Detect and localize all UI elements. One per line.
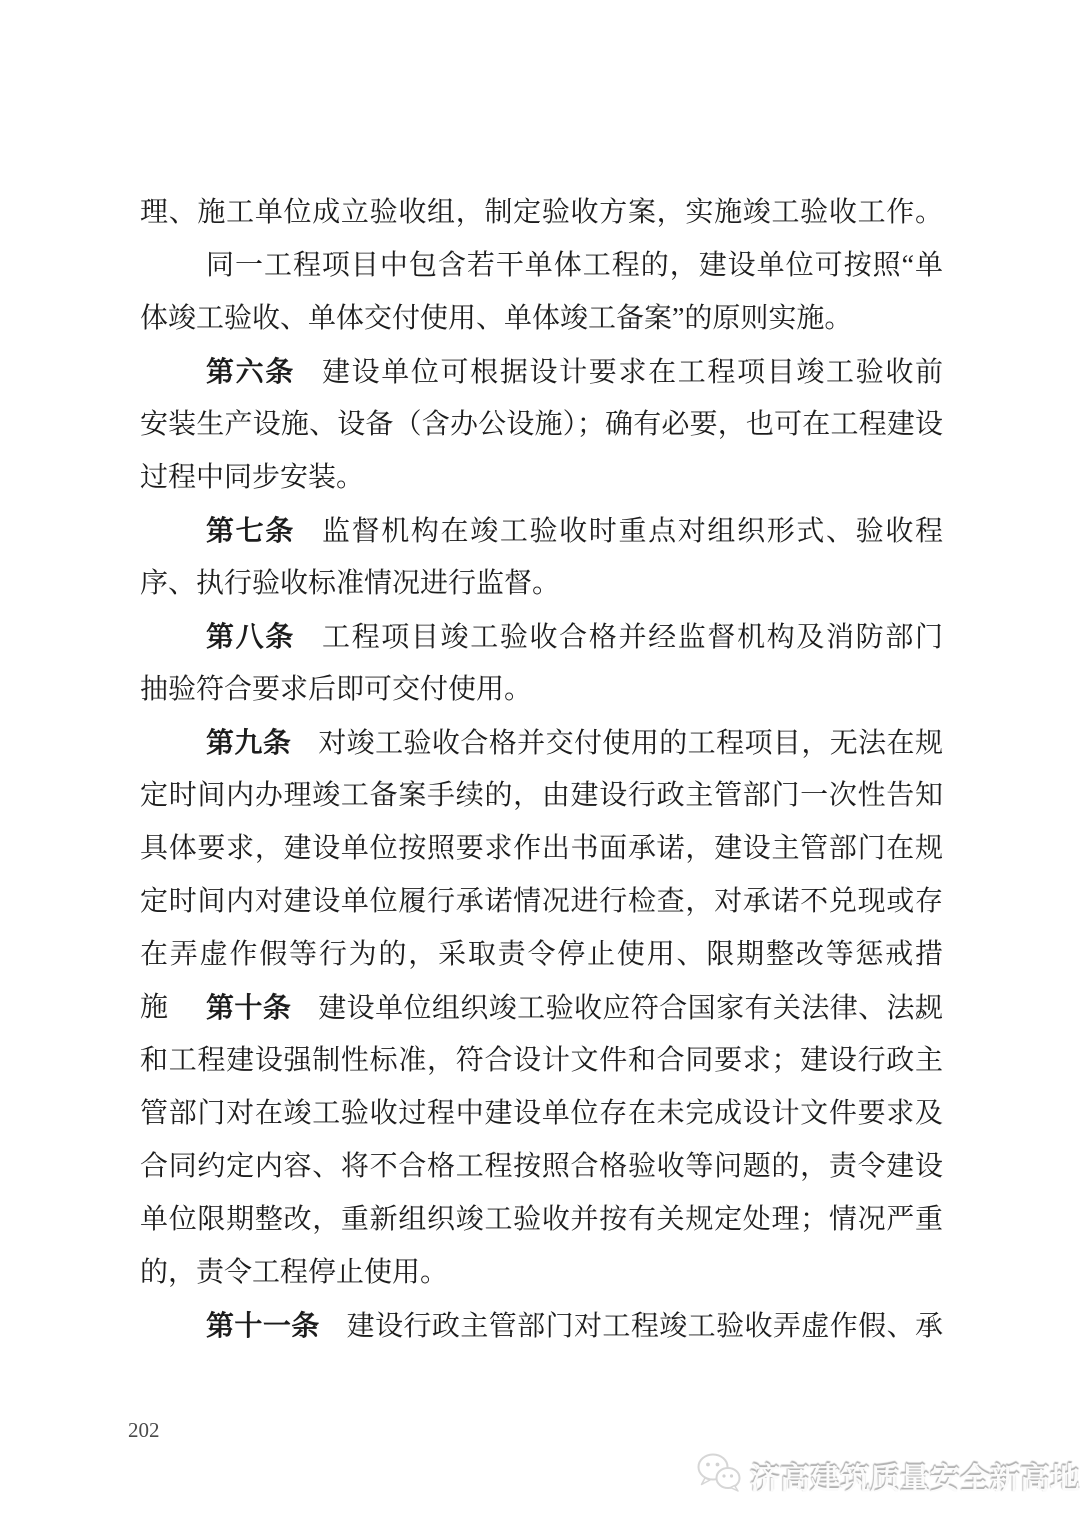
- line-text: 对竣工验收合格并交付使用的工程项目，无法在规: [318, 728, 943, 759]
- document-page: 理、施工单位成立验收组，制定验收方案，实施竣工验收工作。同一工程项目中包含若干单…: [0, 0, 1080, 1527]
- text-line: 安装生产设施、设备（含办公设施）；确有必要，也可在工程建设: [140, 398, 943, 451]
- line-text: 单位限期整改，重新组织竣工验收并按有关规定处理；情况严重: [140, 1204, 943, 1235]
- line-text: 安装生产设施、设备（含办公设施）；确有必要，也可在工程建设: [140, 409, 943, 440]
- line-text: 建设单位组织竣工验收应符合国家有关法律、法规: [318, 993, 943, 1024]
- text-line: 第十条建设单位组织竣工验收应符合国家有关法律、法规: [140, 981, 943, 1034]
- article-number-label: 第七条: [206, 515, 295, 546]
- page-number: 202: [128, 1418, 160, 1443]
- watermark-text: 济高建筑质量安全新高地: [750, 1454, 1080, 1498]
- line-text: 同一工程项目中包含若干单体工程的，建设单位可按照“单: [206, 250, 943, 281]
- line-text: 过程中同步安装。: [140, 462, 364, 493]
- text-line: 定时间内对建设单位履行承诺情况进行检查，对承诺不兑现或存: [140, 875, 943, 928]
- line-text: 监督机构在竣工验收时重点对组织形式、验收程: [322, 516, 943, 547]
- text-line: 第七条监督机构在竣工验收时重点对组织形式、验收程: [140, 504, 943, 557]
- line-text: 合同约定内容、将不合格工程按照合格验收等问题的，责令建设: [140, 1151, 943, 1182]
- text-line: 理、施工单位成立验收组，制定验收方案，实施竣工验收工作。: [140, 186, 943, 239]
- text-line: 第八条工程项目竣工验收合格并经监督机构及消防部门: [140, 610, 943, 663]
- line-text: 工程项目竣工验收合格并经监督机构及消防部门: [322, 622, 943, 653]
- text-line: 第九条对竣工验收合格并交付使用的工程项目，无法在规: [140, 716, 943, 769]
- text-line: 过程中同步安装。: [140, 451, 943, 504]
- wechat-icon: [696, 1452, 742, 1499]
- article-number-label: 第九条: [206, 727, 291, 758]
- line-text: 建设行政主管部门对工程竣工验收弄虚作假、承: [347, 1311, 943, 1342]
- article-number-label: 第十条: [206, 992, 291, 1023]
- article-number-label: 第八条: [206, 621, 295, 652]
- line-text: 定时间内办理竣工备案手续的，由建设行政主管部门一次性告知: [140, 780, 943, 811]
- text-line: 在弄虚作假等行为的，采取责令停止使用、限期整改等惩戒措施。: [140, 928, 943, 981]
- line-text: 管部门对在竣工验收过程中建设单位存在未完成设计文件要求及: [140, 1098, 943, 1129]
- text-line: 单位限期整改，重新组织竣工验收并按有关规定处理；情况严重: [140, 1193, 943, 1246]
- text-line: 和工程建设强制性标准，符合设计文件和合同要求；建设行政主: [140, 1034, 943, 1087]
- line-text: 序、执行验收标准情况进行监督。: [140, 568, 560, 599]
- line-text: 定时间内对建设单位履行承诺情况进行检查，对承诺不兑现或存: [140, 886, 943, 917]
- text-line: 定时间内办理竣工备案手续的，由建设行政主管部门一次性告知: [140, 769, 943, 822]
- line-text: 和工程建设强制性标准，符合设计文件和合同要求；建设行政主: [140, 1045, 943, 1076]
- text-line: 第十一条建设行政主管部门对工程竣工验收弄虚作假、承: [140, 1299, 943, 1352]
- line-text: 的，责令工程停止使用。: [140, 1257, 448, 1288]
- text-line: 的，责令工程停止使用。: [140, 1246, 943, 1299]
- line-text: 体竣工验收、单体交付使用、单体竣工备案”的原则实施。: [140, 303, 852, 334]
- text-line: 序、执行验收标准情况进行监督。: [140, 557, 943, 610]
- text-line: 同一工程项目中包含若干单体工程的，建设单位可按照“单: [140, 239, 943, 292]
- article-number-label: 第六条: [206, 356, 295, 387]
- line-text: 抽验符合要求后即可交付使用。: [140, 674, 532, 705]
- line-text: 建设单位可根据设计要求在工程项目竣工验收前: [322, 357, 943, 388]
- line-text: 理、施工单位成立验收组，制定验收方案，实施竣工验收工作。: [140, 197, 943, 228]
- line-text: 具体要求，建设单位按照要求作出书面承诺，建设主管部门在规: [140, 833, 943, 864]
- text-line: 体竣工验收、单体交付使用、单体竣工备案”的原则实施。: [140, 292, 943, 345]
- article-number-label: 第十一条: [206, 1310, 320, 1341]
- text-line: 具体要求，建设单位按照要求作出书面承诺，建设主管部门在规: [140, 822, 943, 875]
- footer-watermark: 济高建筑质量安全新高地: [696, 1452, 1080, 1499]
- document-body: 理、施工单位成立验收组，制定验收方案，实施竣工验收工作。同一工程项目中包含若干单…: [140, 186, 943, 1352]
- text-line: 管部门对在竣工验收过程中建设单位存在未完成设计文件要求及: [140, 1087, 943, 1140]
- text-line: 第六条建设单位可根据设计要求在工程项目竣工验收前: [140, 345, 943, 398]
- text-line: 合同约定内容、将不合格工程按照合格验收等问题的，责令建设: [140, 1140, 943, 1193]
- text-line: 抽验符合要求后即可交付使用。: [140, 663, 943, 716]
